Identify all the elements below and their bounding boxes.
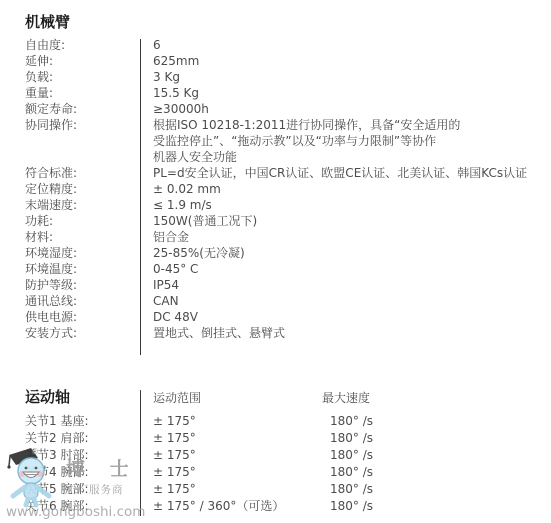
- spec-row: 供电电源: DC 48V: [25, 309, 545, 325]
- axis-row: 关节3 肘部: ± 175° 180° /s: [25, 447, 545, 463]
- axis-row: 关节2 肩部: ± 175° 180° /s: [25, 430, 545, 446]
- spec-label: 通讯总线:: [25, 293, 140, 309]
- spec-row: 防护等级: IP54: [25, 277, 545, 293]
- axis-label: 关节3 肘部:: [25, 447, 140, 463]
- spec-sheet-page: 机械臂 自由度: 6 延伸: 625mm 负载: 3 Kg: [0, 0, 551, 523]
- spec-label: 防护等级:: [25, 277, 140, 293]
- axis-speed: 180° /s: [322, 447, 373, 463]
- axis-row: 关节1 基座: ± 175° 180° /s: [25, 413, 545, 429]
- spec-row: 安装方式: 置地式、倒挂式、悬臂式: [25, 325, 545, 341]
- axis-label: 关节1 基座:: [25, 413, 140, 429]
- spec-row: 额定寿命: ≥30000h: [25, 101, 545, 117]
- spec-value: 置地式、倒挂式、悬臂式: [140, 325, 285, 341]
- arm-spec-section: 机械臂 自由度: 6 延伸: 625mm 负载: 3 Kg: [25, 12, 545, 341]
- axis-label: 关节6 腕部:: [25, 498, 140, 514]
- spec-label: 负载:: [25, 69, 140, 85]
- arm-spec-table: 自由度: 6 延伸: 625mm 负载: 3 Kg 重量: 15.5 Kg: [25, 37, 545, 341]
- axes-table: 运动轴 运动范围 最大速度 关节1 基座: ± 175° 180° /s 关节2…: [25, 388, 545, 514]
- spec-row: 功耗: 150W(普通工况下): [25, 213, 545, 229]
- axes-section: 运动轴 运动范围 最大速度 关节1 基座: ± 175° 180° /s 关节2…: [25, 388, 545, 515]
- spec-row: 末端速度: ≤ 1.9 m/s: [25, 197, 545, 213]
- spec-row: 环境湿度: 25-85%(无冷凝): [25, 245, 545, 261]
- spec-label: 安装方式:: [25, 325, 140, 341]
- spec-value: PL=d安全认证，中国CR认证、欧盟CE认证、北美认证、韩国KCs认证: [140, 165, 527, 181]
- spec-value: 150W(普通工况下): [140, 213, 257, 229]
- spec-row: 负载: 3 Kg: [25, 69, 545, 85]
- spec-row: 材料: 铝合金: [25, 229, 545, 245]
- axis-label: 关节2 肩部:: [25, 430, 140, 446]
- spec-value: ≤ 1.9 m/s: [140, 197, 212, 213]
- spec-value: ± 0.02 mm: [140, 181, 221, 197]
- vertical-divider: [140, 39, 141, 355]
- axis-range: ± 175°: [140, 464, 322, 480]
- spec-label: 协同操作:: [25, 117, 140, 165]
- spec-label: 环境温度:: [25, 261, 140, 277]
- axis-range: ± 175°: [140, 447, 322, 463]
- spec-value: 根据ISO 10218-1:2011进行协同操作，具备“安全适用的 受监控停止”…: [140, 117, 460, 165]
- axis-label: 关节4 腕部:: [25, 464, 140, 480]
- spec-label: 额定寿命:: [25, 101, 140, 117]
- spec-label: 末端速度:: [25, 197, 140, 213]
- spec-value: 铝合金: [140, 229, 189, 245]
- axis-speed: 180° /s: [322, 481, 373, 497]
- spec-label: 环境湿度:: [25, 245, 140, 261]
- axis-row: 关节6 腕部: ± 175° / 360°（可选） 180° /s: [25, 498, 545, 514]
- axis-speed: 180° /s: [322, 430, 373, 446]
- spec-value: CAN: [140, 293, 179, 309]
- spec-row: 协同操作: 根据ISO 10218-1:2011进行协同操作，具备“安全适用的 …: [25, 117, 545, 165]
- spec-value: 15.5 Kg: [140, 85, 199, 101]
- spec-row: 定位精度: ± 0.02 mm: [25, 181, 545, 197]
- column-header-speed: 最大速度: [322, 389, 370, 406]
- spec-row: 环境温度: 0-45° C: [25, 261, 545, 277]
- axis-label: 关节5 腕部:: [25, 481, 140, 497]
- spec-label: 功耗:: [25, 213, 140, 229]
- axis-range: ± 175°: [140, 413, 322, 429]
- spec-label: 符合标准:: [25, 165, 140, 181]
- spec-value: 25-85%(无冷凝): [140, 245, 245, 261]
- spec-value: 6: [140, 37, 161, 53]
- axis-row: 关节4 腕部: ± 175° 180° /s: [25, 464, 545, 480]
- spec-row: 符合标准: PL=d安全认证，中国CR认证、欧盟CE认证、北美认证、韩国KCs认…: [25, 165, 545, 181]
- axes-header-row: 运动轴 运动范围 最大速度: [25, 388, 545, 406]
- axes-section-title: 运动轴: [25, 388, 140, 406]
- spec-row: 通讯总线: CAN: [25, 293, 545, 309]
- spec-label: 供电电源:: [25, 309, 140, 325]
- spec-row: 重量: 15.5 Kg: [25, 85, 545, 101]
- spec-value: ≥30000h: [140, 101, 209, 117]
- axis-speed: 180° /s: [322, 413, 373, 429]
- arm-section-title: 机械臂: [25, 12, 545, 32]
- spec-value: IP54: [140, 277, 179, 293]
- spec-value: 0-45° C: [140, 261, 198, 277]
- spec-value: 625mm: [140, 53, 199, 69]
- axis-speed: 180° /s: [322, 498, 373, 514]
- vertical-divider: [140, 390, 141, 516]
- spec-value: DC 48V: [140, 309, 198, 325]
- axis-row: 关节5 腕部: ± 175° 180° /s: [25, 481, 545, 497]
- spec-label: 材料:: [25, 229, 140, 245]
- spec-label: 定位精度:: [25, 181, 140, 197]
- axis-range: ± 175° / 360°（可选）: [140, 498, 322, 514]
- spec-label: 延伸:: [25, 53, 140, 69]
- column-header-range: 运动范围: [140, 389, 322, 406]
- spec-label: 重量:: [25, 85, 140, 101]
- axis-range: ± 175°: [140, 430, 322, 446]
- spec-row: 自由度: 6: [25, 37, 545, 53]
- spec-label: 自由度:: [25, 37, 140, 53]
- spec-row: 延伸: 625mm: [25, 53, 545, 69]
- axis-range: ± 175°: [140, 481, 322, 497]
- spec-value: 3 Kg: [140, 69, 180, 85]
- axis-speed: 180° /s: [322, 464, 373, 480]
